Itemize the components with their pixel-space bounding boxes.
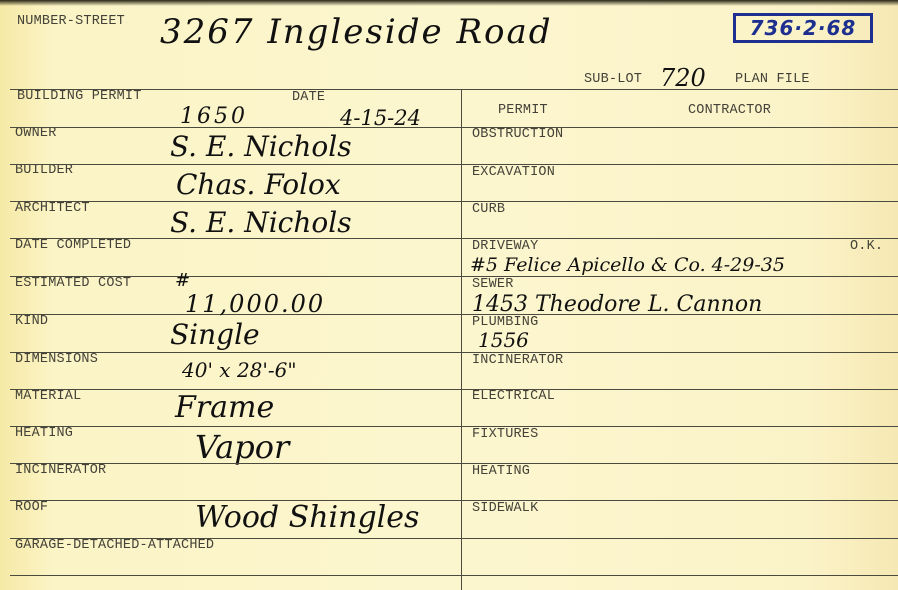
permit-electrical-label: ELECTRICAL <box>472 389 555 404</box>
rule <box>461 575 898 576</box>
permit-obstruction-label: OBSTRUCTION <box>472 127 563 142</box>
building-permit-value: 1650 <box>180 104 248 129</box>
number-street-label: NUMBER-STREET <box>17 14 125 29</box>
rule <box>461 463 898 464</box>
builder-value: Chas. Folox <box>176 168 341 201</box>
rule <box>461 538 898 539</box>
rule <box>10 575 461 576</box>
kind-label: KIND <box>15 314 48 329</box>
rule <box>10 352 461 353</box>
dimensions-value: 40' x 28'-6" <box>182 358 297 382</box>
driveway-ok-note: O.K. <box>850 239 883 254</box>
permit-sidewalk-label: SIDEWALK <box>472 501 538 516</box>
rule <box>10 463 461 464</box>
permit-heating-label: HEATING <box>472 464 530 479</box>
architect-label: ARCHITECT <box>15 201 90 216</box>
rule <box>10 238 461 239</box>
permit-curb-label: CURB <box>472 202 505 217</box>
rule <box>461 389 898 390</box>
permit-card: NUMBER-STREET 3267 Ingleside Road 736·2·… <box>0 0 898 590</box>
estimated-cost-value: 11,000.00 <box>185 290 325 318</box>
permit-sewer-label: SEWER <box>472 277 514 292</box>
number-street-value: 3267 Ingleside Road <box>160 12 553 52</box>
rule <box>10 389 461 390</box>
permit-header: PERMIT <box>498 103 548 118</box>
roof-value: Wood Shingles <box>195 500 419 535</box>
material-label: MATERIAL <box>15 389 81 404</box>
sub-lot-value: 720 <box>660 64 706 92</box>
contractor-header: CONTRACTOR <box>688 103 771 118</box>
permit-excavation-label: EXCAVATION <box>472 165 555 180</box>
permit-incinerator-label: INCINERATOR <box>472 353 563 368</box>
file-number-stamp: 736·2·68 <box>733 13 873 43</box>
rule <box>10 426 461 427</box>
rule <box>461 127 898 128</box>
rule <box>10 538 461 539</box>
builder-label: BUILDER <box>15 163 73 178</box>
rule <box>461 500 898 501</box>
permit-plumbing-value: 1556 <box>478 328 529 352</box>
rule <box>461 238 898 239</box>
heating-value: Vapor <box>195 428 289 466</box>
permit-fixtures-label: FIXTURES <box>472 427 538 442</box>
estimated-cost-symbol: # <box>175 270 190 291</box>
estimated-cost-label: ESTIMATED COST <box>15 276 131 291</box>
building-permit-label: BUILDING PERMIT <box>17 89 142 104</box>
kind-value: Single <box>170 318 260 351</box>
date-completed-label: DATE COMPLETED <box>15 238 131 253</box>
material-value: Frame <box>175 390 274 425</box>
roof-label: ROOF <box>15 500 48 515</box>
sub-lot-label: SUB-LOT <box>584 72 642 87</box>
rule <box>461 314 898 315</box>
rule <box>461 164 898 165</box>
rule <box>461 201 898 202</box>
rule <box>10 127 461 128</box>
rule <box>10 276 461 277</box>
plan-file-label: PLAN FILE <box>735 72 810 87</box>
rule <box>10 89 898 90</box>
rule <box>10 201 461 202</box>
rule <box>461 276 898 277</box>
rule <box>461 426 898 427</box>
permit-driveway-label: DRIVEWAY <box>472 239 538 254</box>
incinerator-label: INCINERATOR <box>15 463 106 478</box>
rule <box>10 500 461 501</box>
rule <box>461 352 898 353</box>
dimensions-label: DIMENSIONS <box>15 352 98 367</box>
heating-label: HEATING <box>15 426 73 441</box>
owner-label: OWNER <box>15 126 57 141</box>
date-label: DATE <box>292 90 325 105</box>
garage-detached-attached-label: GARAGE-DETACHED-ATTACHED <box>15 538 214 553</box>
owner-value: S. E. Nichols <box>170 130 352 163</box>
architect-value: S. E. Nichols <box>170 206 352 239</box>
rule <box>10 164 461 165</box>
permit-driveway-value: #5 Felice Apicello & Co. 4-29-35 <box>470 254 785 276</box>
